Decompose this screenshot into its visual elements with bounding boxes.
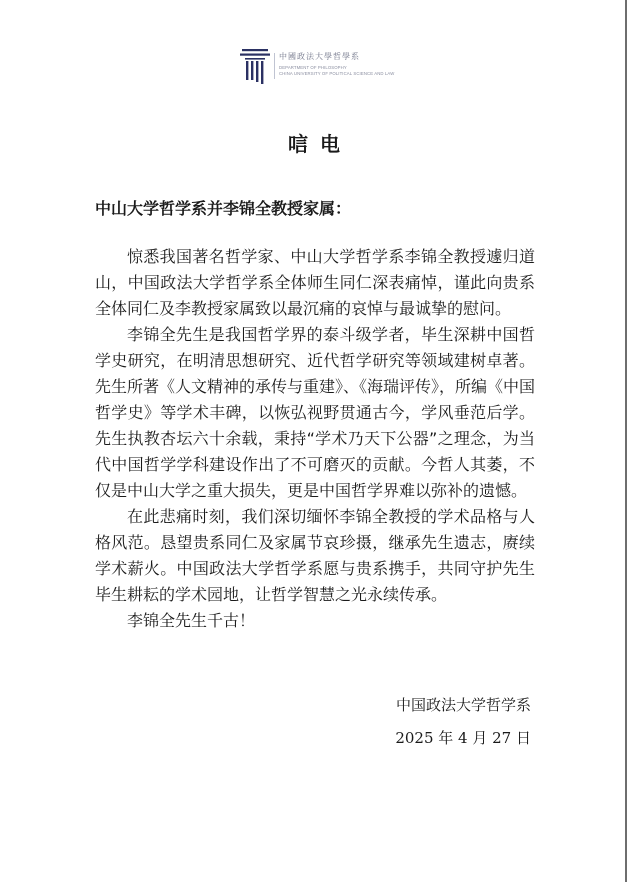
logo-text: 中國政法大學哲學系 DEPARTMENT OF PHILOSOPHY CHINA… bbox=[279, 52, 394, 76]
pillar-logo-icon bbox=[240, 48, 272, 84]
paragraph-tribute: 李锦全先生是我国哲学界的泰斗级学者，毕生深耕中国哲学史研究，在明清思想研究、近代… bbox=[95, 322, 535, 504]
logo-name-cn: 中國政法大學哲學系 bbox=[279, 52, 394, 62]
logo-divider bbox=[274, 53, 275, 79]
letter-body: 惊悉我国著名哲学家、中山大学哲学系李锦全教授遽归道山，中国政法大学哲学系全体师生… bbox=[95, 244, 535, 634]
paragraph-farewell: 李锦全先生千古！ bbox=[95, 608, 535, 634]
salutation: 中山大学哲学系并李锦全教授家属： bbox=[95, 196, 351, 219]
date: 2025 年 4 月 27 日 bbox=[395, 727, 531, 748]
paragraph-condolence: 惊悉我国著名哲学家、中山大学哲学系李锦全教授遽归道山，中国政法大学哲学系全体师生… bbox=[95, 244, 535, 322]
signature: 中国政法大学哲学系 bbox=[396, 694, 531, 715]
paragraph-remembrance: 在此悲痛时刻，我们深切缅怀李锦全教授的学术品格与人格风范。恳望贵系同仁及家属节哀… bbox=[95, 504, 535, 608]
logo-name-en-2: CHINA UNIVERSITY OF POLITICAL SCIENCE AN… bbox=[279, 71, 394, 77]
document-title: 唁电 bbox=[0, 128, 628, 157]
department-logo: 中國政法大學哲學系 DEPARTMENT OF PHILOSOPHY CHINA… bbox=[240, 48, 410, 84]
